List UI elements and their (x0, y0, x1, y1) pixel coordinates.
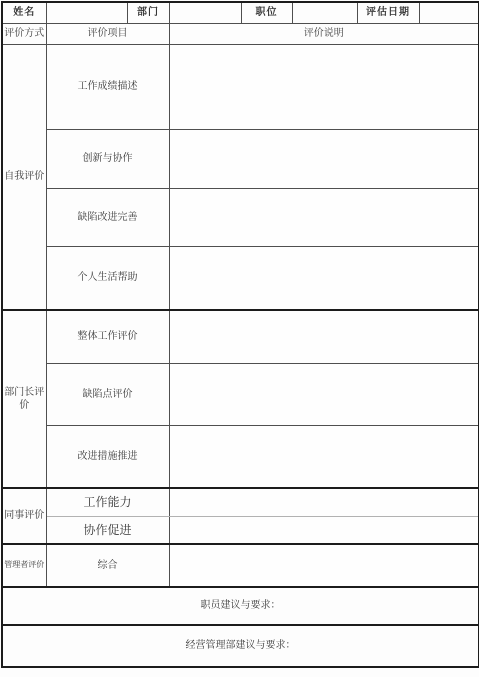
description-cell (169, 488, 479, 517)
section-manager-eval: 管理者评价 (2, 544, 46, 587)
table-row: 个人生活帮助 (2, 247, 479, 311)
description-cell (169, 45, 479, 130)
name-value-cell (46, 2, 127, 24)
item-label-defect-point-eval: 缺陷点评价 (46, 364, 169, 426)
employee-suggestions-label: 职员建议与要求： (2, 587, 479, 625)
item-label-improvement-measures: 改进措施推进 (46, 426, 169, 489)
table-row: 部门长评价 整体工作评价 (2, 310, 479, 364)
position-value-cell (292, 2, 357, 24)
col-description-header: 评价说明 (169, 24, 479, 45)
item-label-overall-work-eval: 整体工作评价 (46, 310, 169, 364)
eval-date-label: 评估日期 (357, 2, 419, 24)
item-label-work-achievements: 工作成绩描述 (46, 45, 169, 130)
department-label: 部门 (127, 2, 169, 24)
section-self-eval: 自我评价 (2, 45, 46, 311)
table-row: 管理者评价 综合 (2, 544, 479, 587)
management-dept-suggestions-label: 经营管理部建议与要求： (2, 625, 479, 667)
section-colleague-eval: 同事评价 (2, 488, 46, 544)
evaluation-form-table: 姓名 部门 职位 评估日期 评价方式 评价项目 评价说明 自我评价 工作成绩描述… (1, 1, 479, 668)
description-cell (169, 310, 479, 364)
table-row: 同事评价 工作能力 (2, 488, 479, 517)
col-method-header: 评价方式 (2, 24, 46, 45)
table-row: 自我评价 工作成绩描述 (2, 45, 479, 130)
department-value-cell (169, 2, 241, 24)
position-label: 职位 (241, 2, 292, 24)
description-cell (169, 517, 479, 545)
description-cell (169, 247, 479, 311)
table-row: 经营管理部建议与要求： (2, 625, 479, 667)
col-item-header: 评价项目 (46, 24, 169, 45)
item-label-personal-life-help: 个人生活帮助 (46, 247, 169, 311)
description-cell (169, 364, 479, 426)
item-label-collaboration-promotion: 协作促进 (46, 517, 169, 545)
name-label: 姓名 (2, 2, 46, 24)
description-cell (169, 130, 479, 189)
section-dept-head-eval: 部门长评价 (2, 310, 46, 488)
description-cell (169, 544, 479, 587)
evaluation-form-page: 姓名 部门 职位 评估日期 评价方式 评价项目 评价说明 自我评价 工作成绩描述… (0, 0, 479, 677)
table-row: 缺陷改进完善 (2, 189, 479, 247)
item-label-work-ability: 工作能力 (46, 488, 169, 517)
table-row: 职员建议与要求： (2, 587, 479, 625)
item-label-defect-improvement: 缺陷改进完善 (46, 189, 169, 247)
column-header-row: 评价方式 评价项目 评价说明 (2, 24, 479, 45)
table-row: 协作促进 (2, 517, 479, 545)
table-row: 改进措施推进 (2, 426, 479, 489)
description-cell (169, 189, 479, 247)
eval-date-value-cell (419, 2, 479, 24)
description-cell (169, 426, 479, 489)
table-row: 缺陷点评价 (2, 364, 479, 426)
item-label-innovation-collaboration: 创新与协作 (46, 130, 169, 189)
item-label-comprehensive: 综合 (46, 544, 169, 587)
header-row: 姓名 部门 职位 评估日期 (2, 2, 479, 24)
table-row: 创新与协作 (2, 130, 479, 189)
